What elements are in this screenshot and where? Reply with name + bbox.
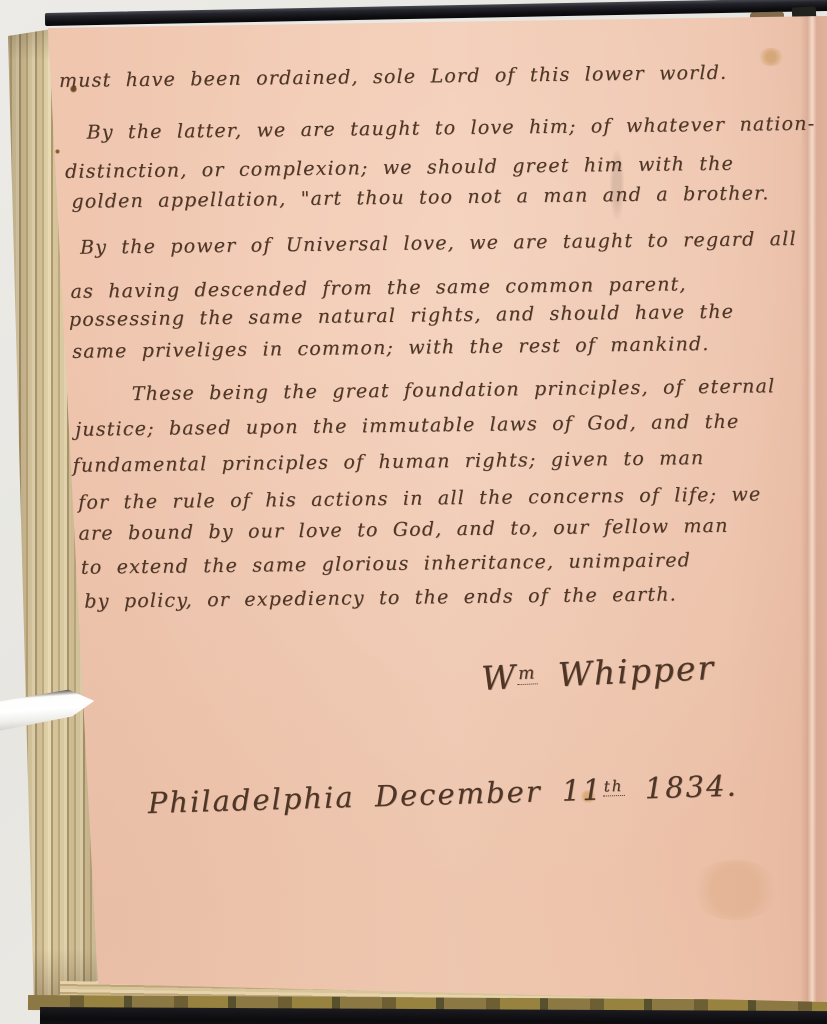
manuscript-line: fundamental principles of human rights; … <box>61 446 827 477</box>
signature-surname: Whipper <box>557 648 716 694</box>
manuscript-line: to extend the same glorious inheritance,… <box>62 547 827 579</box>
handwritten-text-layer: must have been ordained, sole Lord of th… <box>55 0 827 1000</box>
manuscript-line: By the power of Universal love, we are t… <box>58 227 827 259</box>
manuscript-line: These being the great foundation princip… <box>60 374 827 406</box>
manuscript-line: By the latter, we are taught to love him… <box>56 112 827 144</box>
manuscript-line: possessing the same natural rights, and … <box>59 300 827 331</box>
manuscript-line: must have been ordained, sole Lord of th… <box>56 61 819 92</box>
manuscript-line: for the rule of his actions in all the c… <box>61 482 827 513</box>
manuscript-line: golden appellation, "art thou too not a … <box>57 182 827 213</box>
signature-superscript: m <box>517 663 538 685</box>
dateline-year: 1834. <box>644 769 738 806</box>
manuscript-page: must have been ordained, sole Lord of th… <box>0 0 827 1024</box>
signature: Wm Whipper <box>480 648 716 698</box>
book-cover-bottom-edge <box>40 1007 827 1024</box>
scanned-manuscript-photo: must have been ordained, sole Lord of th… <box>0 0 827 1024</box>
dateline-ordinal: th <box>602 777 624 797</box>
signature-initial: W <box>480 657 518 698</box>
manuscript-line: by policy, or expediency to the ends of … <box>62 581 827 613</box>
dateline-place-day: Philadelphia December 11 <box>147 773 603 820</box>
manuscript-line: are bound by our love to God, and to, ou… <box>61 513 827 544</box>
dateline: Philadelphia December 11th 1834. <box>147 769 738 820</box>
manuscript-line: same priveliges in common; with the rest… <box>59 332 827 363</box>
manuscript-line: as having descended from the same common… <box>58 272 827 303</box>
manuscript-line: distinction, or complexion; we should gr… <box>57 152 825 183</box>
manuscript-line: justice; based upon the immutable laws o… <box>60 410 827 441</box>
